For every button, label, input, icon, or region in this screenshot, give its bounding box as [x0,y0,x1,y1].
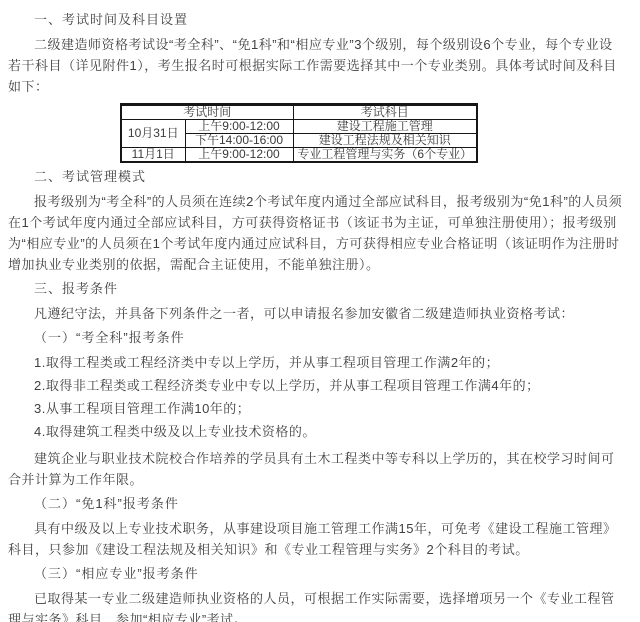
cell-exam-subject: 建设工程施工管理 [293,120,477,134]
section-1-heading: 一、考试时间及科目设置 [8,12,626,28]
cell-exam-time: 上午9:00-12:00 [185,120,293,134]
subsection-1-note: 建筑企业与职业技术院校合作培养的学员具有土木工程类中等专科以上学历的，其在校学习… [8,448,626,490]
table-header-row: 考试时间 考试科目 [121,105,477,120]
cell-exam-time: 下午14:00-16:00 [185,134,293,148]
section-3-intro: 凡遵纪守法，并具备下列条件之一者，可以申请报名参加安徽省二级建造师执业资格考试： [8,303,626,324]
condition-item-2: 2.取得非工程类或工程经济类专业中专以上学历，并从事工程项目管理工作满4年的； [8,375,626,396]
subsection-2-heading: （二）“免1科”报考条件 [8,496,626,512]
cell-exam-time: 上午9:00-12:00 [185,148,293,163]
subsection-3-paragraph: 已取得某一专业二级建造师执业资格的人员，可根据工作实际需要，选择增项另一个《专业… [8,588,626,622]
condition-item-3: 3.从事工程项目管理工作满10年的； [8,398,626,419]
cell-exam-subject: 建设工程法规及相关知识 [293,134,477,148]
condition-item-1: 1.取得工程类或工程经济类中专以上学历，并从事工程项目管理工作满2年的； [8,352,626,373]
column-header-exam-subject: 考试科目 [293,105,477,120]
subsection-3-heading: （三）“相应专业”报考条件 [8,566,626,582]
section-2-paragraph: 报考级别为“考全科”的人员须在连续2个考试年度内通过全部应试科目，报考级别为“免… [8,191,626,275]
section-3-heading: 三、报考条件 [8,281,626,297]
subsection-2-paragraph: 具有中级及以上专业技术职务，从事建设项目施工管理工作满15年，可免考《建设工程施… [8,518,626,560]
cell-exam-date: 10月31日 [121,120,185,148]
section-2-heading: 二、考试管理模式 [8,169,626,185]
section-1-paragraph: 二级建造师资格考试设“考全科”、“免1科”和“相应专业”3个级别，每个级别设6个… [8,34,626,97]
column-header-exam-time: 考试时间 [121,105,293,120]
cell-exam-subject: 专业工程管理与实务（6个专业） [293,148,477,163]
condition-item-4: 4.取得建筑工程类中级及以上专业技术资格的。 [8,421,626,442]
table-row: 10月31日 上午9:00-12:00 建设工程施工管理 [121,120,477,134]
exam-schedule-table: 考试时间 考试科目 10月31日 上午9:00-12:00 建设工程施工管理 下… [120,103,478,163]
cell-exam-date: 11月1日 [121,148,185,163]
table-row: 11月1日 上午9:00-12:00 专业工程管理与实务（6个专业） [121,148,477,163]
exam-notice-document: 一、考试时间及科目设置 二级建造师资格考试设“考全科”、“免1科”和“相应专业”… [0,0,640,622]
subsection-1-heading: （一）“考全科”报考条件 [8,330,626,346]
